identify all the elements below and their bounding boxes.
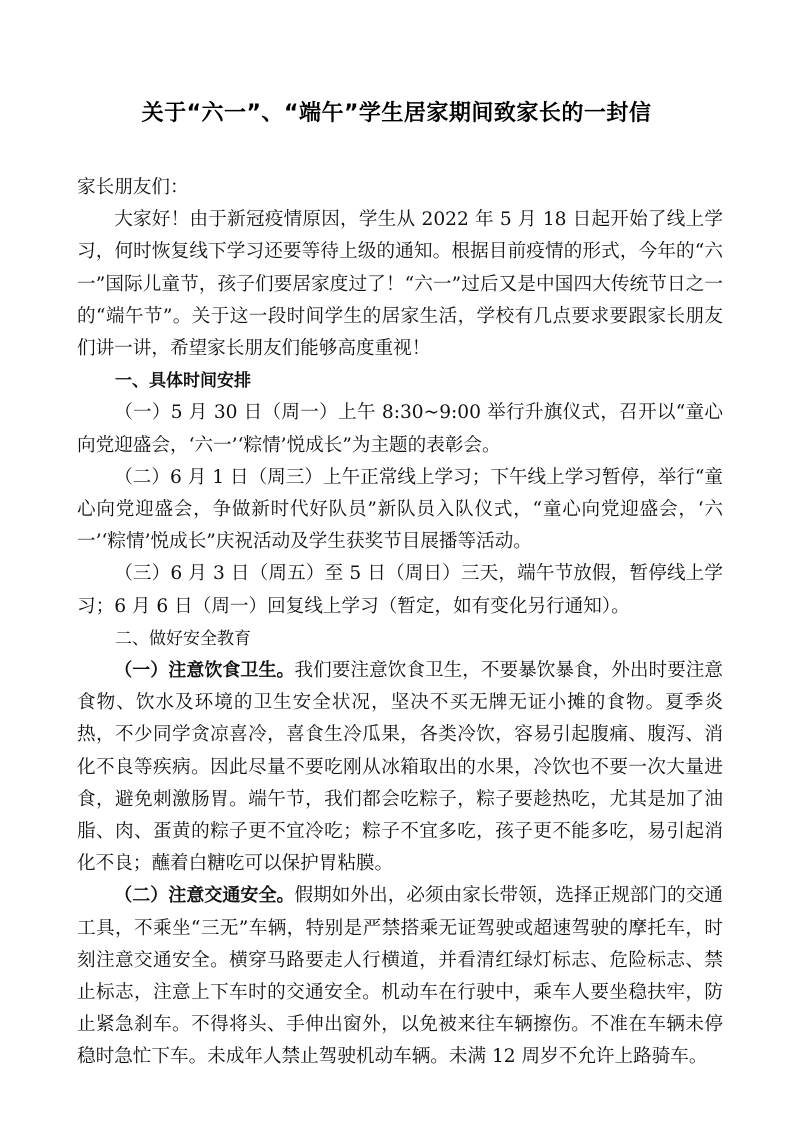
safety-item-food-text: 我们要注意饮食卫生，不要暴饮暴食，外出时要注意食物、饮水及环境的卫生安全状况，坚…	[77, 660, 723, 874]
salutation: 家长朋友们：	[77, 172, 723, 204]
safety-item-food-lead: （一）注意饮食卫生。	[114, 660, 294, 681]
document-body: 家长朋友们： 大家好！由于新冠疫情原因，学生从 2022 年 5 月 18 日起…	[77, 172, 723, 1074]
schedule-item-3: （三）6 月 3 日（周五）至 5 日（周日）三天，端午节放假，暂停线上学习；6…	[77, 558, 723, 622]
section-2-heading: 二、做好安全教育	[77, 623, 723, 655]
document-page: 关于“六一”、“端午”学生居家期间致家长的一封信 家长朋友们： 大家好！由于新冠…	[0, 0, 793, 1122]
safety-item-food: （一）注意饮食卫生。我们要注意饮食卫生，不要暴饮暴食，外出时要注意食物、饮水及环…	[77, 655, 723, 880]
section-1-heading: 一、具体时间安排	[77, 365, 723, 397]
safety-item-traffic: （二）注意交通安全。假期如外出，必须由家长带领，选择正规部门的交通工具，不乘坐“…	[77, 880, 723, 1073]
schedule-item-1: （一）5 月 30 日（周一）上午 8:30~9:00 举行升旗仪式，召开以“童…	[77, 397, 723, 461]
safety-item-traffic-text: 假期如外出，必须由家长带领，选择正规部门的交通工具，不乘坐“三无”车辆，特别是严…	[77, 885, 723, 1067]
intro-paragraph: 大家好！由于新冠疫情原因，学生从 2022 年 5 月 18 日起开始了线上学习…	[77, 204, 723, 365]
document-title: 关于“六一”、“端午”学生居家期间致家长的一封信	[0, 96, 793, 127]
safety-item-traffic-lead: （二）注意交通安全。	[114, 885, 294, 906]
schedule-item-2: （二）6 月 1 日（周三）上午正常线上学习；下午线上学习暂停，举行“童心向党迎…	[77, 462, 723, 559]
